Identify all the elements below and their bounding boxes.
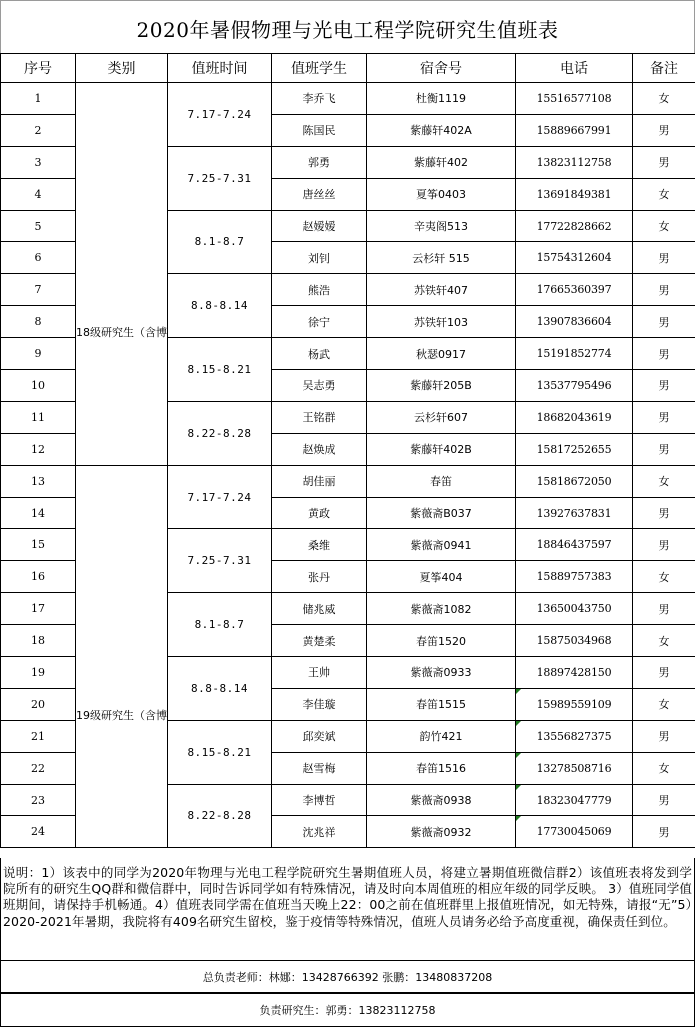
cell-student-name[interactable]: 刘钊 [272,242,367,274]
header-student[interactable]: 值班学生 [272,54,367,83]
notes-text: 说明：1）该表中的同学为2020年物理与光电工程学院研究生暑期值班人员，将建立暑… [0,858,695,961]
cell-note[interactable]: 女 [633,561,695,593]
cell-dorm[interactable]: 杜衡1119 [367,83,516,115]
cell-seq[interactable]: 20 [1,688,76,720]
cell-seq[interactable]: 1 [1,83,76,115]
comment-marker-icon [516,689,521,694]
cell-seq[interactable]: 4 [1,178,76,210]
header-dorm[interactable]: 宿舍号 [367,54,516,83]
cell-note[interactable]: 女 [633,178,695,210]
cell-dorm[interactable]: 韵竹421 [367,720,516,752]
cell-phone[interactable]: 15889757383 [516,561,633,593]
cell-phone[interactable]: 15817252655 [516,433,633,465]
cell-phone[interactable]: 13907836604 [516,306,633,338]
cell-phone[interactable]: 17730045069 [516,816,633,848]
cell-duty-period[interactable]: 8.22-8.28 [168,784,272,848]
cell-note[interactable]: 男 [633,242,695,274]
cell-dorm[interactable]: 紫薇斋0941 [367,529,516,561]
cell-student-name[interactable]: 唐丝丝 [272,178,367,210]
cell-duty-period[interactable]: 8.15-8.21 [168,720,272,784]
cell-note[interactable]: 男 [633,306,695,338]
cell-seq[interactable]: 10 [1,370,76,402]
cell-phone[interactable]: 15516577108 [516,83,633,115]
cell-phone[interactable]: 13650043750 [516,593,633,625]
cell-dorm[interactable]: 辛夷阁513 [367,210,516,242]
cell-dorm[interactable]: 紫藤轩402A [367,114,516,146]
cell-student-name[interactable]: 杨武 [272,338,367,370]
comment-marker-icon [516,721,521,726]
footer-student: 负责研究生：郭勇：13823112758 [0,993,695,1027]
header-note[interactable]: 备注 [633,54,695,83]
cell-student-name[interactable]: 邱奕斌 [272,720,367,752]
cell-note[interactable]: 男 [633,497,695,529]
cell-duty-period[interactable]: 7.25-7.31 [168,529,272,593]
cell-student-name[interactable]: 储兆威 [272,593,367,625]
cell-duty-period[interactable]: 8.8-8.14 [168,657,272,721]
cell-student-name[interactable]: 李佳璇 [272,688,367,720]
header-phone[interactable]: 电话 [516,54,633,83]
header-duty-time[interactable]: 值班时间 [168,54,272,83]
cell-duty-period[interactable]: 8.1-8.7 [168,210,272,274]
cell-note[interactable]: 女 [633,752,695,784]
cell-duty-period[interactable]: 7.17-7.24 [168,465,272,529]
cell-note[interactable]: 男 [633,593,695,625]
page-title: 2020年暑假物理与光电工程学院研究生值班表 [0,0,695,53]
cell-seq[interactable]: 8 [1,306,76,338]
cell-phone[interactable]: 13278508716 [516,752,633,784]
cell-dorm[interactable]: 苏铁轩407 [367,274,516,306]
cell-phone[interactable]: 18682043619 [516,401,633,433]
cell-dorm[interactable]: 秋瑟0917 [367,338,516,370]
cell-dorm[interactable]: 云杉轩 515 [367,242,516,274]
cell-category[interactable]: 19级研究生（含博士） [76,465,168,848]
cell-category[interactable]: 18级研究生（含博士）以及延毕研究生 [76,83,168,466]
cell-dorm[interactable]: 夏筝404 [367,561,516,593]
cell-duty-period[interactable]: 7.25-7.31 [168,146,272,210]
comment-marker-icon [516,816,521,821]
cell-seq[interactable]: 6 [1,242,76,274]
cell-dorm[interactable]: 春笛1520 [367,625,516,657]
cell-dorm[interactable]: 苏铁轩103 [367,306,516,338]
cell-note[interactable]: 男 [633,114,695,146]
cell-phone[interactable]: 15818672050 [516,465,633,497]
cell-student-name[interactable]: 沈兆祥 [272,816,367,848]
cell-phone[interactable]: 17665360397 [516,274,633,306]
cell-phone[interactable]: 13556827375 [516,720,633,752]
duty-table: 序号 类别 值班时间 值班学生 宿舍号 电话 备注 118级研究生（含博士）以及… [0,53,695,848]
cell-note[interactable]: 男 [633,338,695,370]
cell-duty-period[interactable]: 8.8-8.14 [168,274,272,338]
header-seq[interactable]: 序号 [1,54,76,83]
cell-student-name[interactable]: 桑维 [272,529,367,561]
cell-dorm[interactable]: 紫薇斋0938 [367,784,516,816]
cell-dorm[interactable]: 紫薇斋0932 [367,816,516,848]
cell-student-name[interactable]: 陈国民 [272,114,367,146]
cell-phone[interactable]: 13823112758 [516,146,633,178]
cell-phone[interactable]: 18846437597 [516,529,633,561]
cell-student-name[interactable]: 赵嫒嫒 [272,210,367,242]
cell-note[interactable]: 男 [633,370,695,402]
cell-student-name[interactable]: 赵雪梅 [272,752,367,784]
cell-phone[interactable]: 18323047779 [516,784,633,816]
cell-note[interactable]: 男 [633,401,695,433]
table-row: 118级研究生（含博士）以及延毕研究生7.17-7.24李乔飞杜衡1119155… [1,83,695,115]
cell-note[interactable]: 男 [633,784,695,816]
cell-seq[interactable]: 21 [1,720,76,752]
cell-student-name[interactable]: 李博哲 [272,784,367,816]
cell-student-name[interactable]: 王铭群 [272,401,367,433]
cell-dorm[interactable]: 紫藤轩402B [367,433,516,465]
cell-note[interactable]: 男 [633,816,695,848]
cell-student-name[interactable]: 张丹 [272,561,367,593]
cell-dorm[interactable]: 云杉轩607 [367,401,516,433]
cell-note[interactable]: 女 [633,210,695,242]
cell-note[interactable]: 男 [633,657,695,689]
cell-student-name[interactable]: 吴志勇 [272,370,367,402]
cell-dorm[interactable]: 紫薇斋B037 [367,497,516,529]
cell-seq[interactable]: 13 [1,465,76,497]
cell-duty-period[interactable]: 7.17-7.24 [168,83,272,147]
cell-student-name[interactable]: 胡佳丽 [272,465,367,497]
cell-note[interactable]: 女 [633,465,695,497]
cell-dorm[interactable]: 紫藤轩402 [367,146,516,178]
cell-seq[interactable]: 9 [1,338,76,370]
cell-phone[interactable]: 15191852774 [516,338,633,370]
cell-seq[interactable]: 22 [1,752,76,784]
cell-seq[interactable]: 7 [1,274,76,306]
cell-seq[interactable]: 19 [1,657,76,689]
duty-roster-sheet: 2020年暑假物理与光电工程学院研究生值班表 序号 类别 值班时间 值班学生 宿… [0,0,695,1027]
cell-student-name[interactable]: 赵焕成 [272,433,367,465]
cell-dorm[interactable]: 春笛 [367,465,516,497]
cell-phone[interactable]: 15875034968 [516,625,633,657]
cell-seq[interactable]: 24 [1,816,76,848]
cell-seq[interactable]: 2 [1,114,76,146]
header-category[interactable]: 类别 [76,54,168,83]
cell-dorm[interactable]: 春笛1516 [367,752,516,784]
cell-student-name[interactable]: 郭勇 [272,146,367,178]
comment-marker-icon [516,785,521,790]
cell-phone[interactable]: 13691849381 [516,178,633,210]
cell-phone[interactable]: 15889667991 [516,114,633,146]
cell-dorm[interactable]: 春笛1515 [367,688,516,720]
cell-seq[interactable]: 17 [1,593,76,625]
cell-dorm[interactable]: 紫薇斋1082 [367,593,516,625]
comment-marker-icon [516,753,521,758]
cell-student-name[interactable]: 黄政 [272,497,367,529]
cell-dorm[interactable]: 夏筝0403 [367,178,516,210]
cell-seq[interactable]: 18 [1,625,76,657]
cell-seq[interactable]: 11 [1,401,76,433]
cell-student-name[interactable]: 徐宁 [272,306,367,338]
cell-phone[interactable]: 18897428150 [516,657,633,689]
cell-seq[interactable]: 14 [1,497,76,529]
cell-note[interactable]: 女 [633,83,695,115]
cell-seq[interactable]: 5 [1,210,76,242]
table-row: 1319级研究生（含博士）7.17-7.24胡佳丽春笛15818672050女 [1,465,695,497]
cell-student-name[interactable]: 黄楚柔 [272,625,367,657]
cell-phone[interactable]: 13537795496 [516,370,633,402]
cell-note[interactable]: 男 [633,529,695,561]
footer-teachers: 总负责老师：林娜：13428766392 张鹏：13480837208 [0,961,695,993]
cell-note[interactable]: 女 [633,688,695,720]
cell-dorm[interactable]: 紫藤轩205B [367,370,516,402]
cell-seq[interactable]: 3 [1,146,76,178]
cell-note[interactable]: 男 [633,274,695,306]
cell-phone[interactable]: 15989559109 [516,688,633,720]
cell-seq[interactable]: 15 [1,529,76,561]
cell-dorm[interactable]: 紫薇斋0933 [367,657,516,689]
cell-seq[interactable]: 16 [1,561,76,593]
cell-student-name[interactable]: 李乔飞 [272,83,367,115]
cell-note[interactable]: 男 [633,146,695,178]
cell-student-name[interactable]: 熊浩 [272,274,367,306]
cell-phone[interactable]: 15754312604 [516,242,633,274]
cell-duty-period[interactable]: 8.1-8.7 [168,593,272,657]
cell-duty-period[interactable]: 8.15-8.21 [168,338,272,402]
cell-note[interactable]: 男 [633,433,695,465]
cell-seq[interactable]: 23 [1,784,76,816]
cell-seq[interactable]: 12 [1,433,76,465]
header-row: 序号 类别 值班时间 值班学生 宿舍号 电话 备注 [1,54,695,83]
cell-note[interactable]: 女 [633,625,695,657]
cell-duty-period[interactable]: 8.22-8.28 [168,401,272,465]
cell-student-name[interactable]: 王帅 [272,657,367,689]
cell-phone[interactable]: 13927637831 [516,497,633,529]
cell-phone[interactable]: 17722828662 [516,210,633,242]
cell-note[interactable]: 男 [633,720,695,752]
